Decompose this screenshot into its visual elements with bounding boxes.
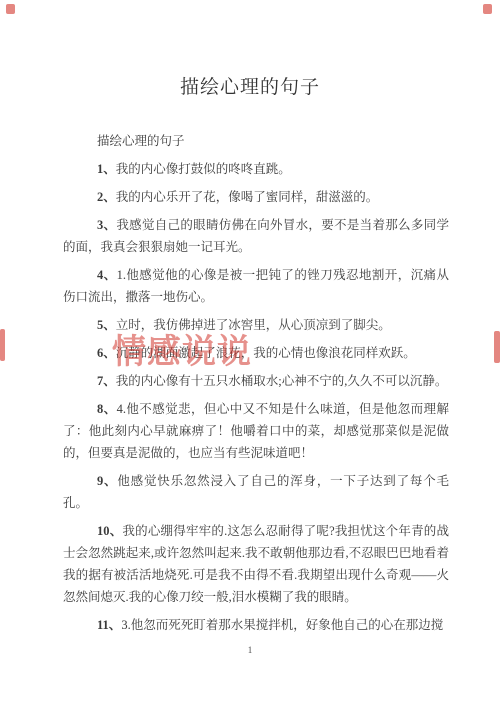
paragraph: 3、我感觉自己的眼睛仿佛在向外冒水，要不是当着那么多同学的面，我真会狠狠扇她一记… [63,214,449,258]
paragraph: 9、他感觉快乐忽然浸入了自己的浑身，一下子达到了每个毛孔。 [63,470,449,514]
paragraph-number: 11、 [97,618,121,632]
watermark-fragment-top-right [483,4,492,14]
paragraph: 2、我的内心乐开了花，像喝了蜜同样，甜滋滋的。 [63,186,449,208]
paragraph-number: 10、 [97,524,122,538]
paragraph: 5、立时，我仿佛掉进了冰窖里，从心顶凉到了脚尖。 [63,314,449,336]
paragraph-list: 1、我的内心像打鼓似的咚咚直跳。2、我的内心乐开了花，像喝了蜜同样，甜滋滋的。3… [63,158,449,636]
paragraph-text: 他感觉快乐忽然浸入了自己的浑身，一下子达到了每个毛孔。 [63,474,449,510]
paragraph-number: 8、 [97,402,117,416]
paragraph-text: 3.他忽而死死盯着那水果搅拌机，好象他自己的心在那边搅 [121,618,443,632]
document-body: 描绘心理的句子 1、我的内心像打鼓似的咚咚直跳。2、我的内心乐开了花，像喝了蜜同… [63,130,449,642]
document-page: 描绘心理的句子 描绘心理的句子 1、我的内心像打鼓似的咚咚直跳。2、我的内心乐开… [0,0,500,708]
paragraph-number: 4、 [97,268,117,282]
paragraph-text: 沉静的湖面激起了浪花，我的心情也像浪花同样欢跃。 [116,346,416,360]
paragraph: 1、我的内心像打鼓似的咚咚直跳。 [63,158,449,180]
paragraph-text: 立时，我仿佛掉进了冰窖里，从心顶凉到了脚尖。 [116,318,391,332]
paragraph: 8、4.他不感觉悲，但心中又不知是什么味道，但是他忽而理解了：他此刻内心早就麻痹… [63,398,449,464]
watermark-fragment-left-edge [0,329,5,361]
paragraph-text: 我的内心乐开了花，像喝了蜜同样，甜滋滋的。 [116,190,379,204]
body-subheading: 描绘心理的句子 [63,130,449,152]
paragraph: 7、我的内心像有十五只水桶取水;心神不宁的,久久不可以沉静。 [63,370,449,392]
paragraph-number: 7、 [97,374,116,388]
paragraph-number: 2、 [97,190,116,204]
paragraph-number: 9、 [97,474,117,488]
paragraph-text: 我感觉自己的眼睛仿佛在向外冒水，要不是当着那么多同学的面，我真会狠狠扇她一记耳光… [63,218,449,254]
paragraph-number: 1、 [97,162,116,176]
page-number: 1 [0,645,500,655]
paragraph-text: 我的内心像打鼓似的咚咚直跳。 [116,162,291,176]
paragraph-number: 6、 [97,346,116,360]
paragraph-number: 5、 [97,318,116,332]
paragraph-text: 我的内心像有十五只水桶取水;心神不宁的,久久不可以沉静。 [116,374,448,388]
paragraph-text: 4.他不感觉悲，但心中又不知是什么味道，但是他忽而理解了：他此刻内心早就麻痹了！… [63,402,449,460]
watermark-fragment-top-left [6,4,15,14]
paragraph: 10、我的心绷得牢牢的.这怎么忍耐得了呢?我担忧这个年青的战士会忽然跳起来,或许… [63,520,449,608]
paragraph-number: 3、 [97,218,116,232]
paragraph: 4、1.他感觉他的心像是被一把钝了的锉刀残忍地割开，沉痛从伤口流出，撒落一地伤心… [63,264,449,308]
watermark-fragment-right-edge [494,331,500,363]
paragraph: 6、沉静的湖面激起了浪花，我的心情也像浪花同样欢跃。 [63,342,449,364]
document-title: 描绘心理的句子 [0,72,500,99]
paragraph: 11、3.他忽而死死盯着那水果搅拌机，好象他自己的心在那边搅 [63,614,449,636]
paragraph-text: 1.他感觉他的心像是被一把钝了的锉刀残忍地割开，沉痛从伤口流出，撒落一地伤心。 [63,268,449,304]
